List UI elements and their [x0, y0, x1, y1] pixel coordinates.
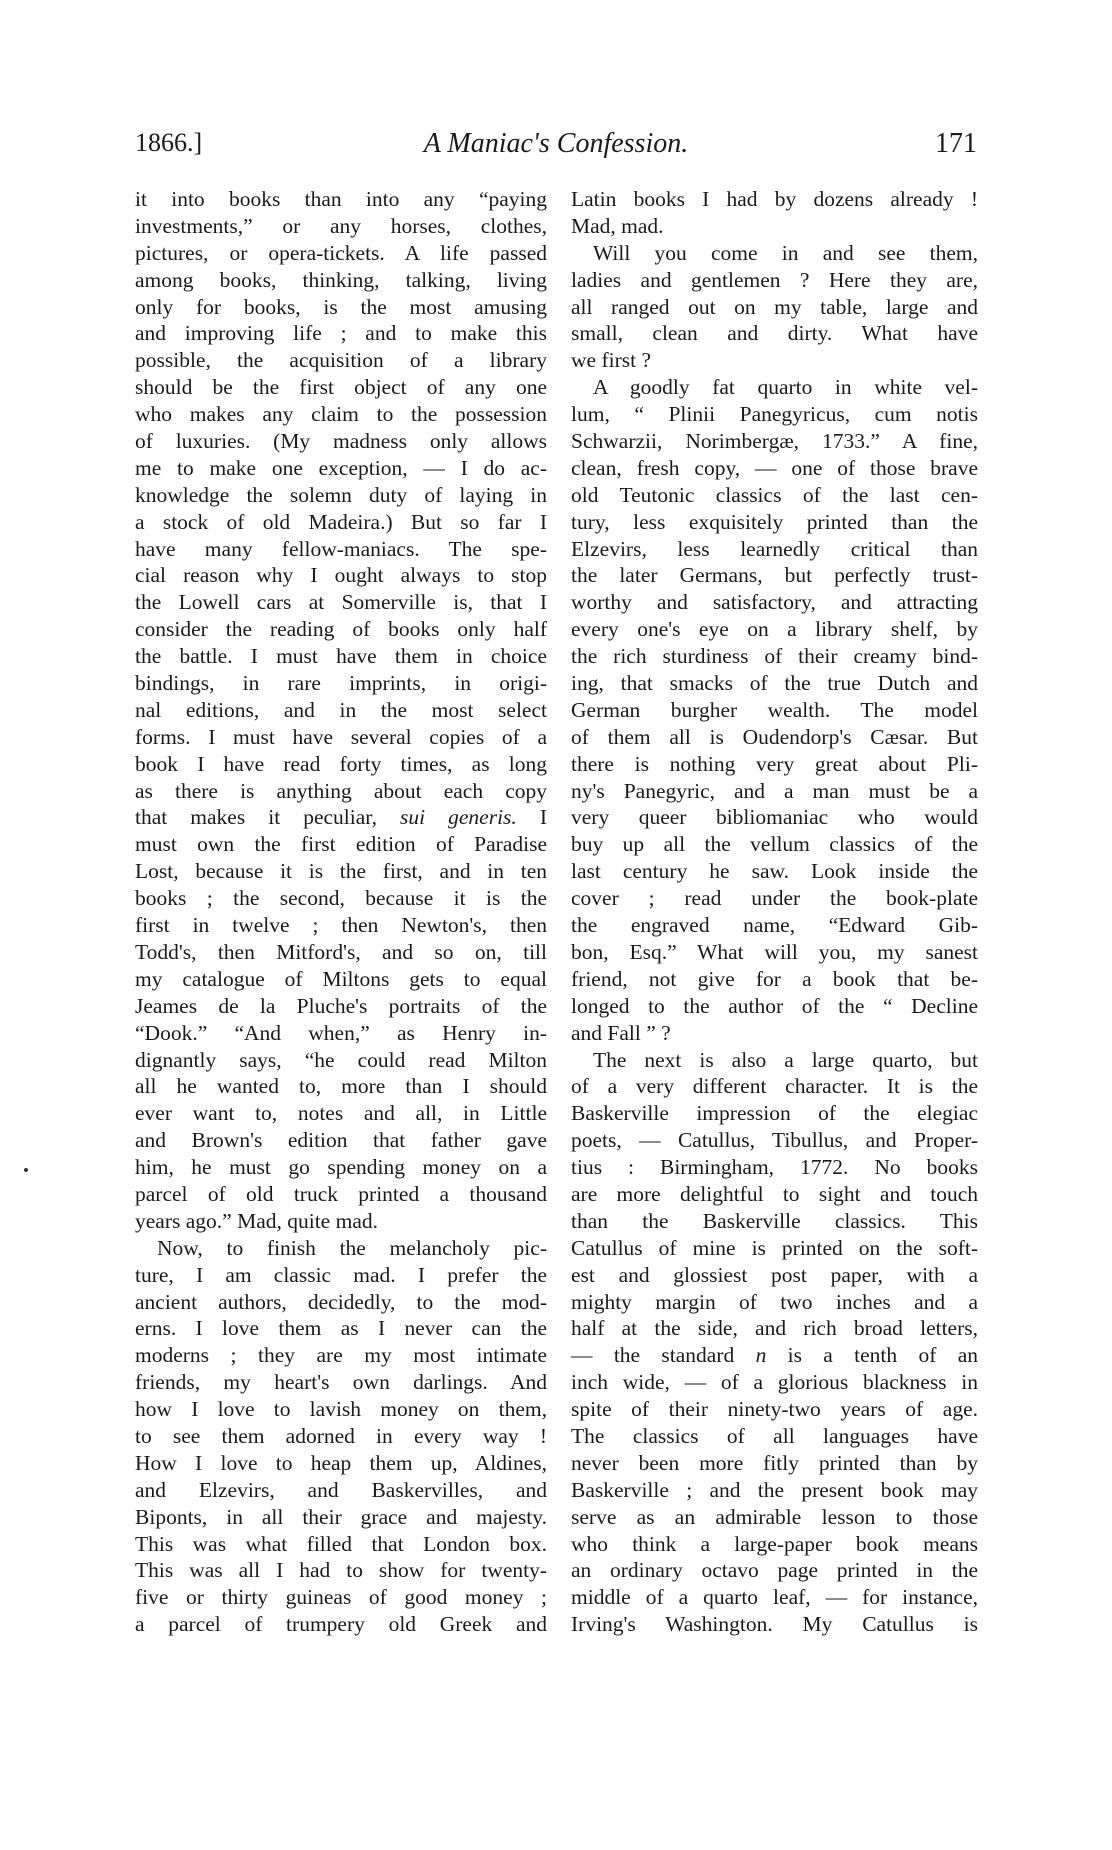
text-line: only for books, is the most amusing [135, 294, 547, 321]
text-line: friend, not give for a book that be- [571, 966, 978, 993]
text-line: ladies and gentlemen ? Here they are, [571, 267, 978, 294]
text-line: This was what filled that London box. [135, 1531, 547, 1558]
text-line: than the Baskerville classics. This [571, 1208, 978, 1235]
text-line: est and glossiest post paper, with a [571, 1262, 978, 1289]
text-line: Baskerville ; and the present book may [571, 1477, 978, 1504]
text-line: buy up all the vellum classics of the [571, 831, 978, 858]
text-line: nal editions, and in the most select [135, 697, 547, 724]
margin-mark [24, 1168, 28, 1172]
text-line: cial reason why I ought always to stop [135, 562, 547, 589]
text-line: how I love to lavish money on them, [135, 1396, 547, 1423]
text-line: me to make one exception, — I do ac- [135, 455, 547, 482]
text-line: and Elzevirs, and Baskervilles, and [135, 1477, 547, 1504]
text-line: worthy and satisfactory, and attracting [571, 589, 978, 616]
text-line: poets, — Catullus, Tibullus, and Proper- [571, 1127, 978, 1154]
text-line: moderns ; they are my most intimate [135, 1342, 547, 1369]
text-line: a stock of old Madeira.) But so far I [135, 509, 547, 536]
text-line: lum, “ Plinii Panegyricus, cum notis [571, 401, 978, 428]
text-line: that makes it peculiar, sui generis. I [135, 804, 547, 831]
text-line: Elzevirs, less learnedly critical than [571, 536, 978, 563]
text-line: five or thirty guineas of good money ; [135, 1584, 547, 1611]
left-column: it into books than into any “payinginves… [135, 186, 547, 1638]
text-line: last century he saw. Look inside the [571, 858, 978, 885]
text-line: every one's eye on a library shelf, by [571, 616, 978, 643]
text-line: Lost, because it is the first, and in te… [135, 858, 547, 885]
text-line: tury, less exquisitely printed than the [571, 509, 978, 536]
text-line: very queer bibliomaniac who would [571, 804, 978, 831]
text-line: we first ? [571, 347, 978, 374]
text-line: German burgher wealth. The model [571, 697, 978, 724]
text-line: ever want to, notes and all, in Little [135, 1100, 547, 1127]
text-line: first in twelve ; then Newton's, then [135, 912, 547, 939]
text-line: friends, my heart's own darlings. And [135, 1369, 547, 1396]
text-line: Biponts, in all their grace and majesty. [135, 1504, 547, 1531]
text-line: This was all I had to show for twenty- [135, 1557, 547, 1584]
text-line: spite of their ninety-two years of age. [571, 1396, 978, 1423]
text-line: The next is also a large quarto, but [571, 1047, 978, 1074]
text-line: must own the first edition of Paradise [135, 831, 547, 858]
text-line: — the standard n is a tenth of an [571, 1342, 978, 1369]
text-line: my catalogue of Miltons gets to equal [135, 966, 547, 993]
text-line: half at the side, and rich broad letters… [571, 1315, 978, 1342]
text-line: ing, that smacks of the true Dutch and [571, 670, 978, 697]
text-line: book I have read forty times, as long [135, 751, 547, 778]
text-line: ny's Panegyric, and a man must be a [571, 778, 978, 805]
text-line: bindings, in rare imprints, in origi- [135, 670, 547, 697]
text-line: inch wide, — of a glorious blackness in [571, 1369, 978, 1396]
text-line: Todd's, then Mitford's, and so on, till [135, 939, 547, 966]
text-line: A goodly fat quarto in white vel- [571, 374, 978, 401]
text-line: pictures, or opera-tickets. A life passe… [135, 240, 547, 267]
text-line: ancient authors, decidedly, to the mod- [135, 1289, 547, 1316]
text-line: a parcel of trumpery old Greek and [135, 1611, 547, 1638]
text-line: clean, fresh copy, — one of those brave [571, 455, 978, 482]
text-line: longed to the author of the “ Decline [571, 993, 978, 1020]
running-header: 1866.] A Maniac's Confession. 171 [135, 128, 977, 168]
text-line: the battle. I must have them in choice [135, 643, 547, 670]
text-line: there is nothing very great about Pli- [571, 751, 978, 778]
text-line: an ordinary octavo page printed in the [571, 1557, 978, 1584]
text-line: Catullus of mine is printed on the soft- [571, 1235, 978, 1262]
text-line: small, clean and dirty. What have [571, 320, 978, 347]
text-line: erns. I love them as I never can the [135, 1315, 547, 1342]
text-line: it into books than into any “paying [135, 186, 547, 213]
text-line: Schwarzii, Norimbergæ, 1733.” A fine, [571, 428, 978, 455]
text-line: who think a large-paper book means [571, 1531, 978, 1558]
text-line: to see them adorned in every way ! [135, 1423, 547, 1450]
text-line: Jeames de la Pluche's portraits of the [135, 993, 547, 1020]
text-line: the rich sturdiness of their creamy bind… [571, 643, 978, 670]
text-line: Latin books I had by dozens already ! [571, 186, 978, 213]
text-line: Baskerville impression of the elegiac [571, 1100, 978, 1127]
text-line: the later Germans, but perfectly trust- [571, 562, 978, 589]
text-line: How I love to heap them up, Aldines, [135, 1450, 547, 1477]
text-line: possible, the acquisition of a library [135, 347, 547, 374]
text-line: should be the first object of any one [135, 374, 547, 401]
text-line: bon, Esq.” What will you, my sanest [571, 939, 978, 966]
text-line: the Lowell cars at Somerville is, that I [135, 589, 547, 616]
text-line: who makes any claim to the possession [135, 401, 547, 428]
text-line: mighty margin of two inches and a [571, 1289, 978, 1316]
text-line: Mad, mad. [571, 213, 978, 240]
page-title: A Maniac's Confession. [135, 128, 977, 160]
text-line: middle of a quarto leaf, — for instance, [571, 1584, 978, 1611]
text-line: all he wanted to, more than I should [135, 1073, 547, 1100]
text-line: forms. I must have several copies of a [135, 724, 547, 751]
text-line: Now, to finish the melancholy pic- [135, 1235, 547, 1262]
text-line: the engraved name, “Edward Gib- [571, 912, 978, 939]
text-line: all ranged out on my table, large and [571, 294, 978, 321]
text-line: cover ; read under the book-plate [571, 885, 978, 912]
text-line: and improving life ; and to make this [135, 320, 547, 347]
text-line: him, he must go spending money on a [135, 1154, 547, 1181]
text-line: old Teutonic classics of the last cen- [571, 482, 978, 509]
text-line: of luxuries. (My madness only allows [135, 428, 547, 455]
text-line: books ; the second, because it is the [135, 885, 547, 912]
text-line: “Dook.” “And when,” as Henry in- [135, 1020, 547, 1047]
text-line: have many fellow-maniacs. The spe- [135, 536, 547, 563]
text-line: tius : Birmingham, 1772. No books [571, 1154, 978, 1181]
text-line: consider the reading of books only half [135, 616, 547, 643]
right-column: Latin books I had by dozens already !Mad… [571, 186, 978, 1638]
text-line: are more delightful to sight and touch [571, 1181, 978, 1208]
text-line: and Fall ” ? [571, 1020, 978, 1047]
text-line: and Brown's edition that father gave [135, 1127, 547, 1154]
text-line: of them all is Oudendorp's Cæsar. But [571, 724, 978, 751]
text-line: never been more fitly printed than by [571, 1450, 978, 1477]
text-line: Will you come in and see them, [571, 240, 978, 267]
text-line: serve as an admirable lesson to those [571, 1504, 978, 1531]
text-line: among books, thinking, talking, living [135, 267, 547, 294]
text-line: years ago.” Mad, quite mad. [135, 1208, 547, 1235]
text-line: dignantly says, “he could read Milton [135, 1047, 547, 1074]
text-line: Irving's Washington. My Catullus is [571, 1611, 978, 1638]
text-line: parcel of old truck printed a thousand [135, 1181, 547, 1208]
text-line: The classics of all languages have [571, 1423, 978, 1450]
text-line: as there is anything about each copy [135, 778, 547, 805]
text-line: knowledge the solemn duty of laying in [135, 482, 547, 509]
text-line: of a very different character. It is the [571, 1073, 978, 1100]
text-line: investments,” or any horses, clothes, [135, 213, 547, 240]
page-number: 171 [935, 128, 977, 160]
text-line: ture, I am classic mad. I prefer the [135, 1262, 547, 1289]
